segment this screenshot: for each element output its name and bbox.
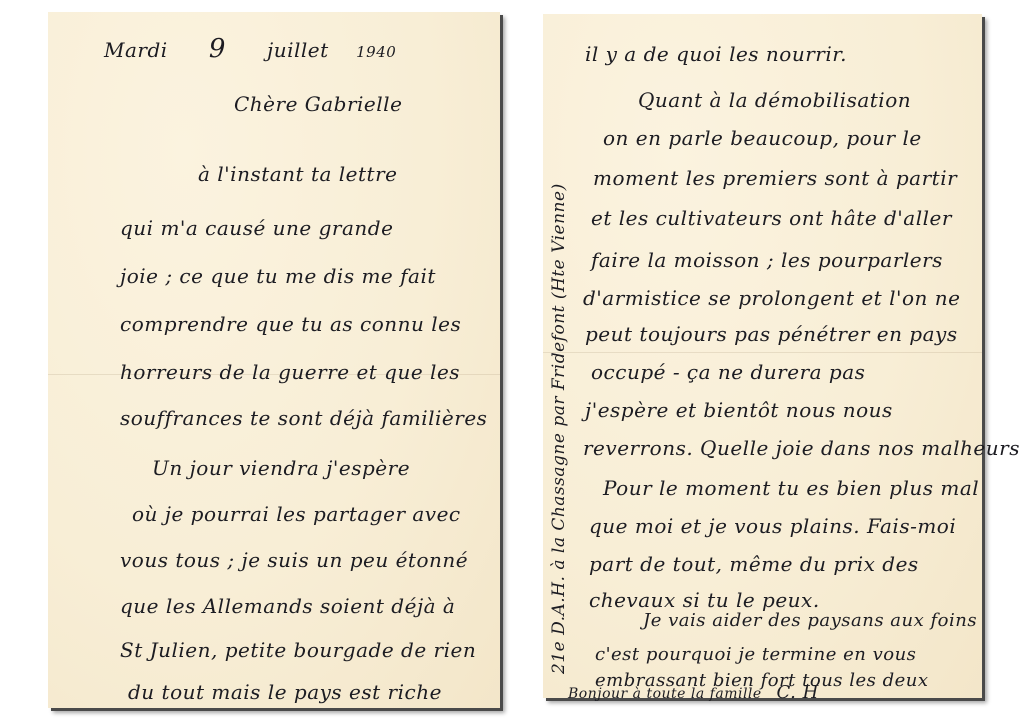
- letter-line: occupé - ça ne durera pas: [591, 360, 865, 384]
- date-weekday: Mardi: [104, 38, 168, 62]
- letter-line: St Julien, petite bourgade de rien: [120, 638, 476, 662]
- letter-date: Mardi 9 juillet 1940: [104, 34, 396, 64]
- letter-line: moment les premiers sont à partir: [593, 166, 957, 190]
- letter-line: Je vais aider des paysans aux foins: [643, 610, 977, 631]
- margin-note-address: 21e D.A.H. à la Chassagne par Fridefont …: [549, 183, 569, 674]
- date-month: juillet: [267, 38, 329, 62]
- signature: C. H: [777, 682, 819, 703]
- letter-line: et les cultivateurs ont hâte d'aller: [591, 206, 952, 230]
- letter-line: que moi et je vous plains. Fais-moi: [589, 514, 956, 538]
- letter-line: Quant à la démobilisation: [638, 88, 911, 112]
- letter-line: c'est pourquoi je termine en vous: [595, 644, 916, 665]
- letter-line: souffrances te sont déjà familières: [120, 406, 487, 430]
- letter-line: du tout mais le pays est riche: [128, 680, 442, 704]
- letter-line: reverrons. Quelle joie dans nos malheurs: [583, 436, 1020, 460]
- date-day: 9: [209, 34, 226, 64]
- letter-line: comprendre que tu as connu les: [120, 312, 461, 336]
- letter-line: horreurs de la guerre et que les: [120, 360, 460, 384]
- letter-line: chevaux si tu le peux.: [589, 588, 820, 612]
- letter-line: vous tous ; je suis un peu étonné: [120, 548, 468, 572]
- letter-line: peut toujours pas pénétrer en pays: [585, 322, 958, 346]
- letter-line: j'espère et bientôt nous nous: [585, 398, 893, 422]
- letter-line: où je pourrai les partager avec: [132, 502, 461, 526]
- letter-line: d'armistice se prolongent et l'on ne: [583, 286, 960, 310]
- letter-line: à l'instant ta lettre: [198, 162, 397, 186]
- date-year: 1940: [356, 43, 396, 61]
- letter-line: Pour le moment tu es bien plus mal: [603, 476, 979, 500]
- closing-greeting-text: Bonjour à toute la famille: [568, 686, 762, 702]
- letter-line: joie ; ce que tu me dis me fait: [120, 264, 436, 288]
- letter-line: que les Allemands soient déjà à: [120, 594, 455, 618]
- letter-page-right: 21e D.A.H. à la Chassagne par Fridefont …: [543, 14, 982, 698]
- closing-greeting: Bonjour à toute la famille C. H: [568, 682, 819, 703]
- letter-line: faire la moisson ; les pourparlers: [591, 248, 943, 272]
- letter-line: qui m'a causé une grande: [120, 216, 393, 240]
- letter-line: on en parle beaucoup, pour le: [603, 126, 922, 150]
- letter-line: Un jour viendra j'espère: [152, 456, 410, 480]
- salutation: Chère Gabrielle: [234, 92, 402, 116]
- paper-fold-line: [543, 352, 982, 353]
- letter-page-left: Mardi 9 juillet 1940 Chère Gabrielle à l…: [48, 12, 500, 708]
- letter-line: part de tout, même du prix des: [589, 552, 919, 576]
- letter-line: il y a de quoi les nourrir.: [585, 42, 847, 66]
